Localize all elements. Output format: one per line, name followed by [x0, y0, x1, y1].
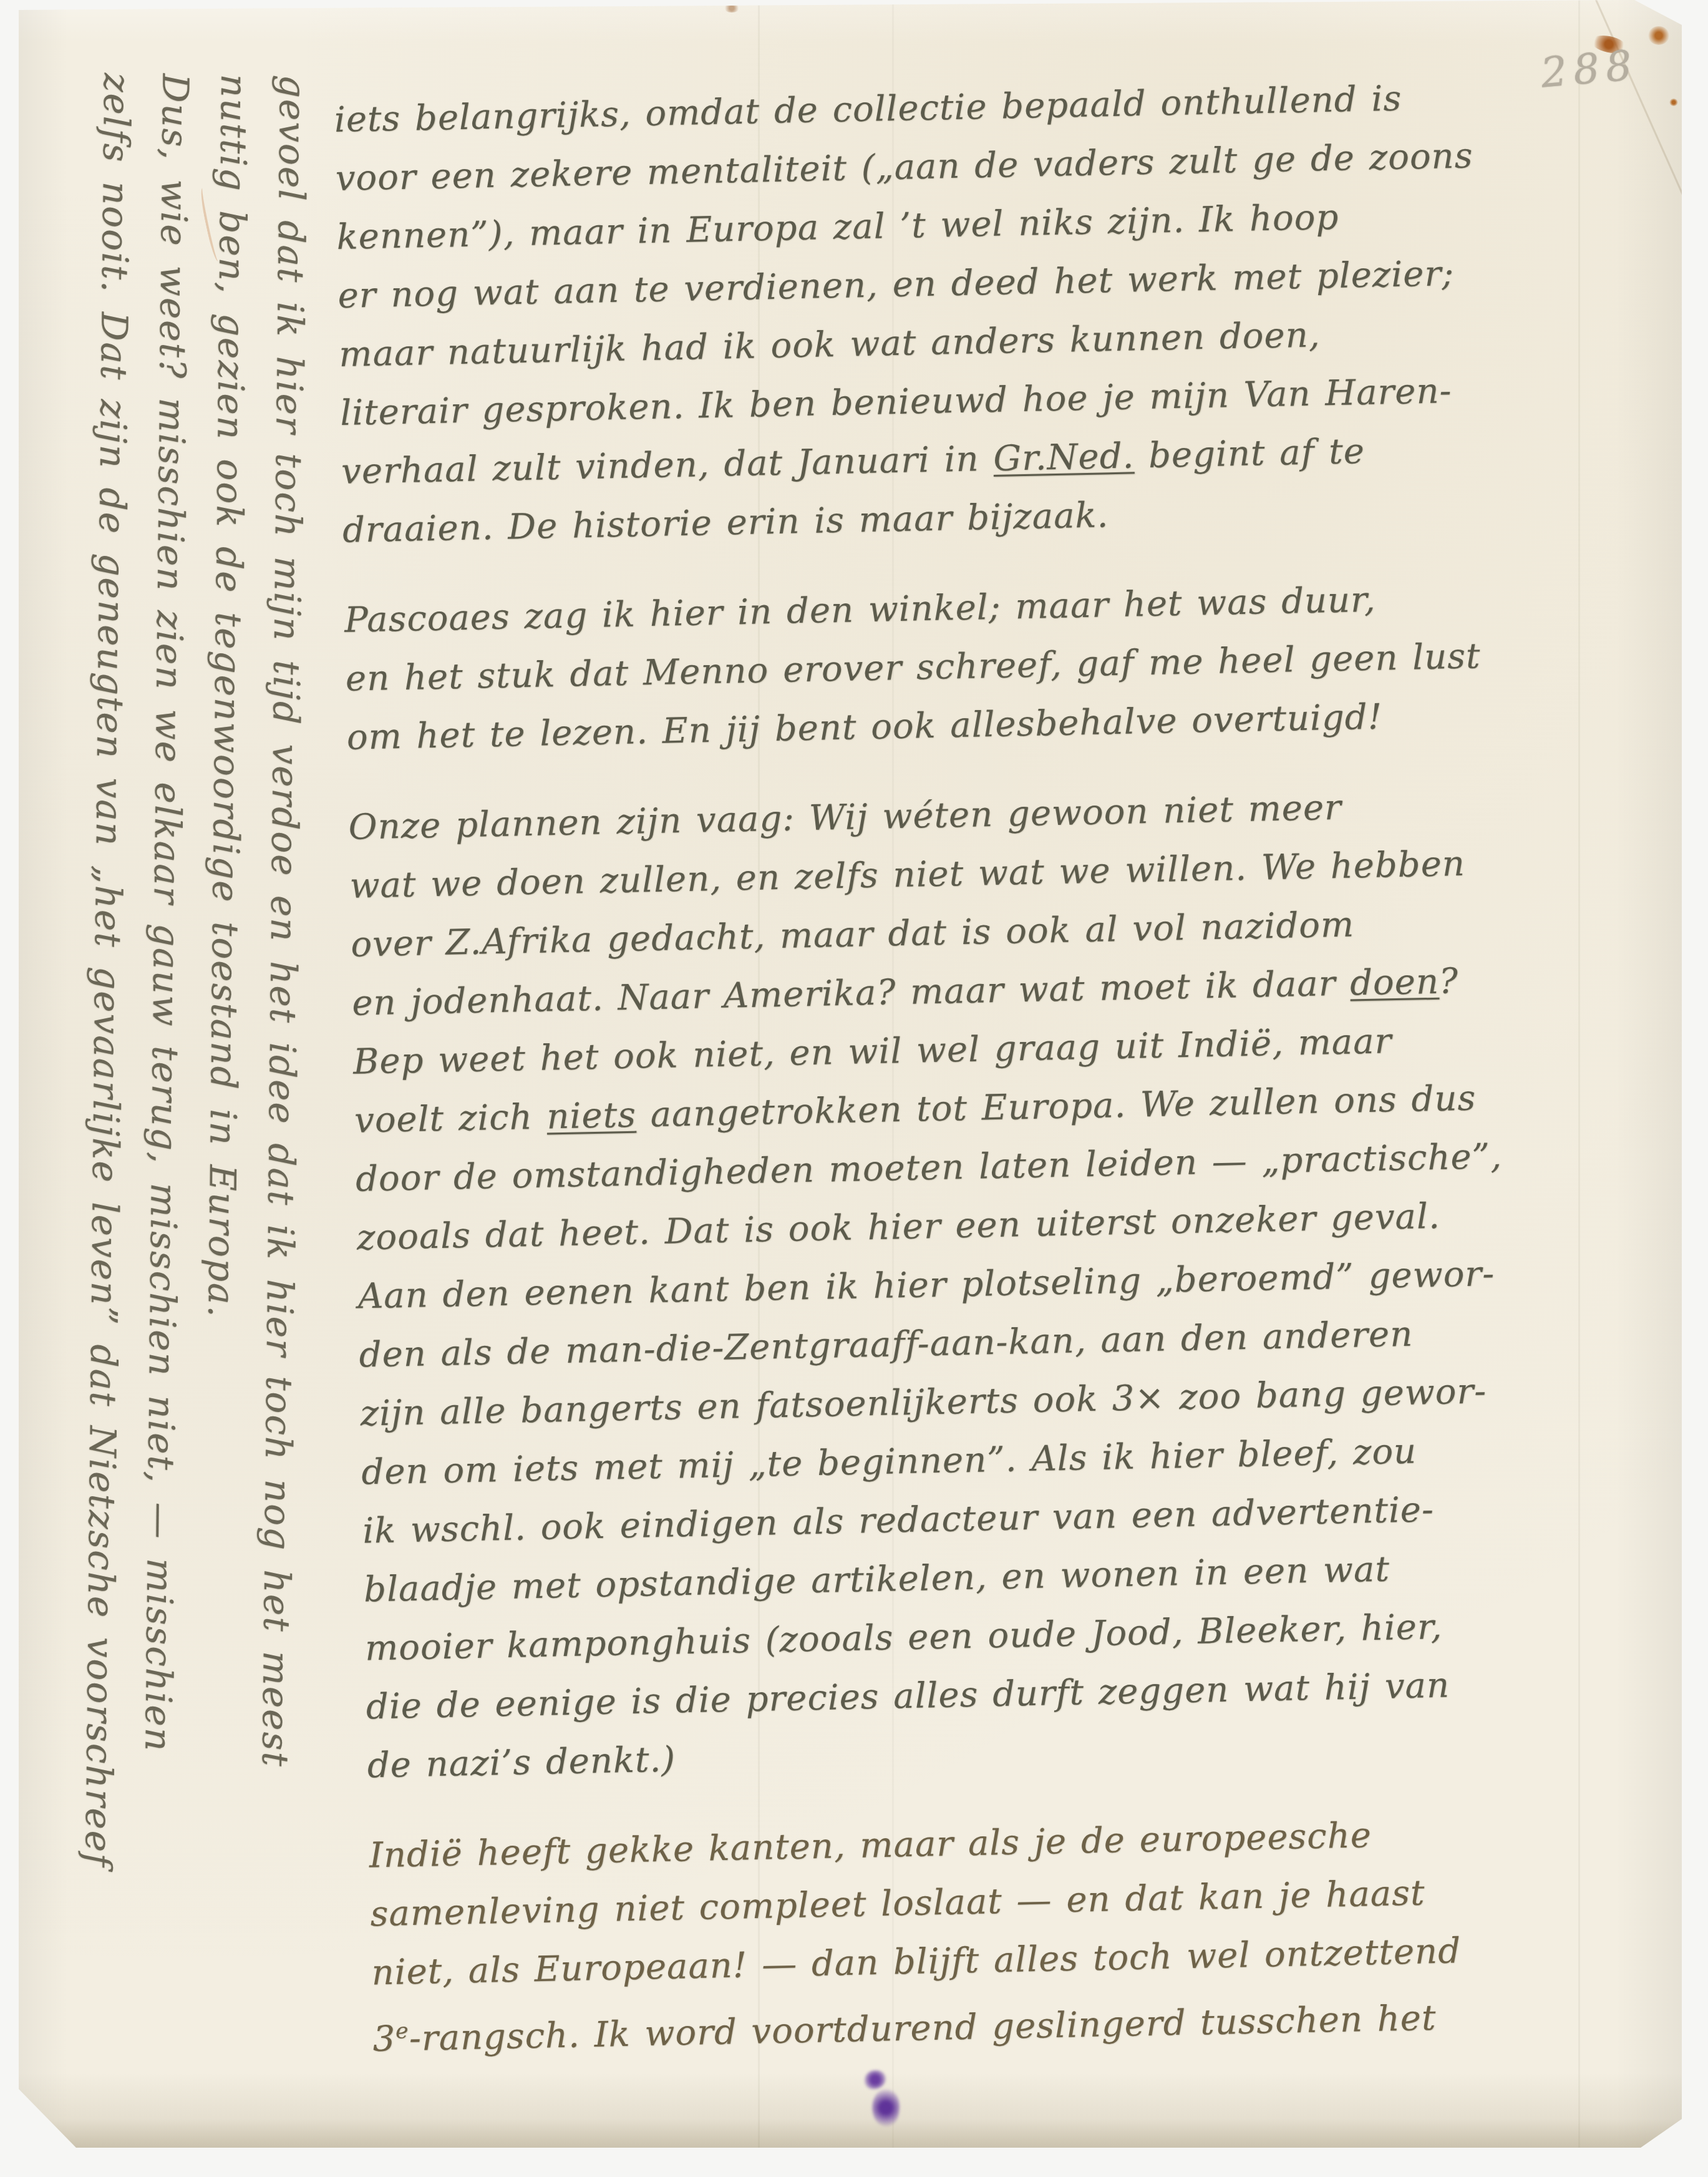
letter-text: begint af te — [1134, 431, 1366, 476]
letter-text: kennen”), maar in Europa zal ’t wel niks… — [336, 197, 1339, 258]
letter-text: -rangsch. Ik word voortdurend geslingerd… — [409, 1998, 1437, 2059]
foxing-spot — [1648, 26, 1669, 45]
letter-text: over Z.Afrika gedacht, maar dat is ook a… — [351, 904, 1355, 965]
underlined-word: doen — [1349, 962, 1439, 1004]
ink-stain — [865, 2070, 886, 2089]
letter-text: voelt zich — [354, 1096, 547, 1141]
letter-body: iets belangrijks, omdat de collectie bep… — [334, 66, 1614, 2069]
letter-page: 288 gevoel dat ik hier toch mijn tijd ve… — [19, 0, 1682, 2148]
letter-text: om het te lezen. En jij bent ook allesbe… — [346, 696, 1383, 757]
paper-edge-shadow — [19, 2119, 1682, 2148]
letter-text: 3 — [372, 2019, 396, 2060]
letter-text: maar natuurlijk had ik ook wat anders ku… — [339, 314, 1321, 375]
letter-text: Bep weet het ook niet, en wil wel graag … — [353, 1021, 1392, 1082]
letter-text: Pascoaes zag ik hier in den winkel; maar… — [344, 580, 1376, 641]
foxing-spot — [1669, 99, 1678, 106]
letter-text: Onze plannen zijn vaag: Wij wéten gewoon… — [348, 787, 1342, 848]
underlined-word: Gr.Ned. — [993, 436, 1135, 479]
underlined-word: niets — [546, 1095, 637, 1137]
letter-text: e — [395, 2019, 409, 2043]
paper-fold-line — [1589, 0, 1698, 227]
letter-text: verhaal zult vinden, dat Januari in — [341, 439, 994, 492]
letter-text: en jodenhaat. Naar Amerika? maar wat moe… — [352, 963, 1351, 1024]
letter-text: Indië heeft gekke kanten, maar als je de… — [369, 1815, 1372, 1876]
letter-text: ? — [1439, 961, 1458, 1002]
letter-text: die de eenige is die precies alles durft… — [366, 1665, 1450, 1728]
letter-text: de nazi’s denkt.) — [367, 1740, 676, 1786]
letter-text: aangetrokken tot Europa. We zullen ons d… — [636, 1078, 1477, 1136]
margin-annotation: gevoel dat ik hier toch mijn tijd verdoe… — [38, 72, 322, 2140]
letter-text: blaadje met opstandige artikelen, en won… — [364, 1549, 1390, 1610]
letter-text: draaien. De historie erin is maar bijzaa… — [342, 495, 1109, 551]
foxing-spot — [724, 4, 740, 12]
